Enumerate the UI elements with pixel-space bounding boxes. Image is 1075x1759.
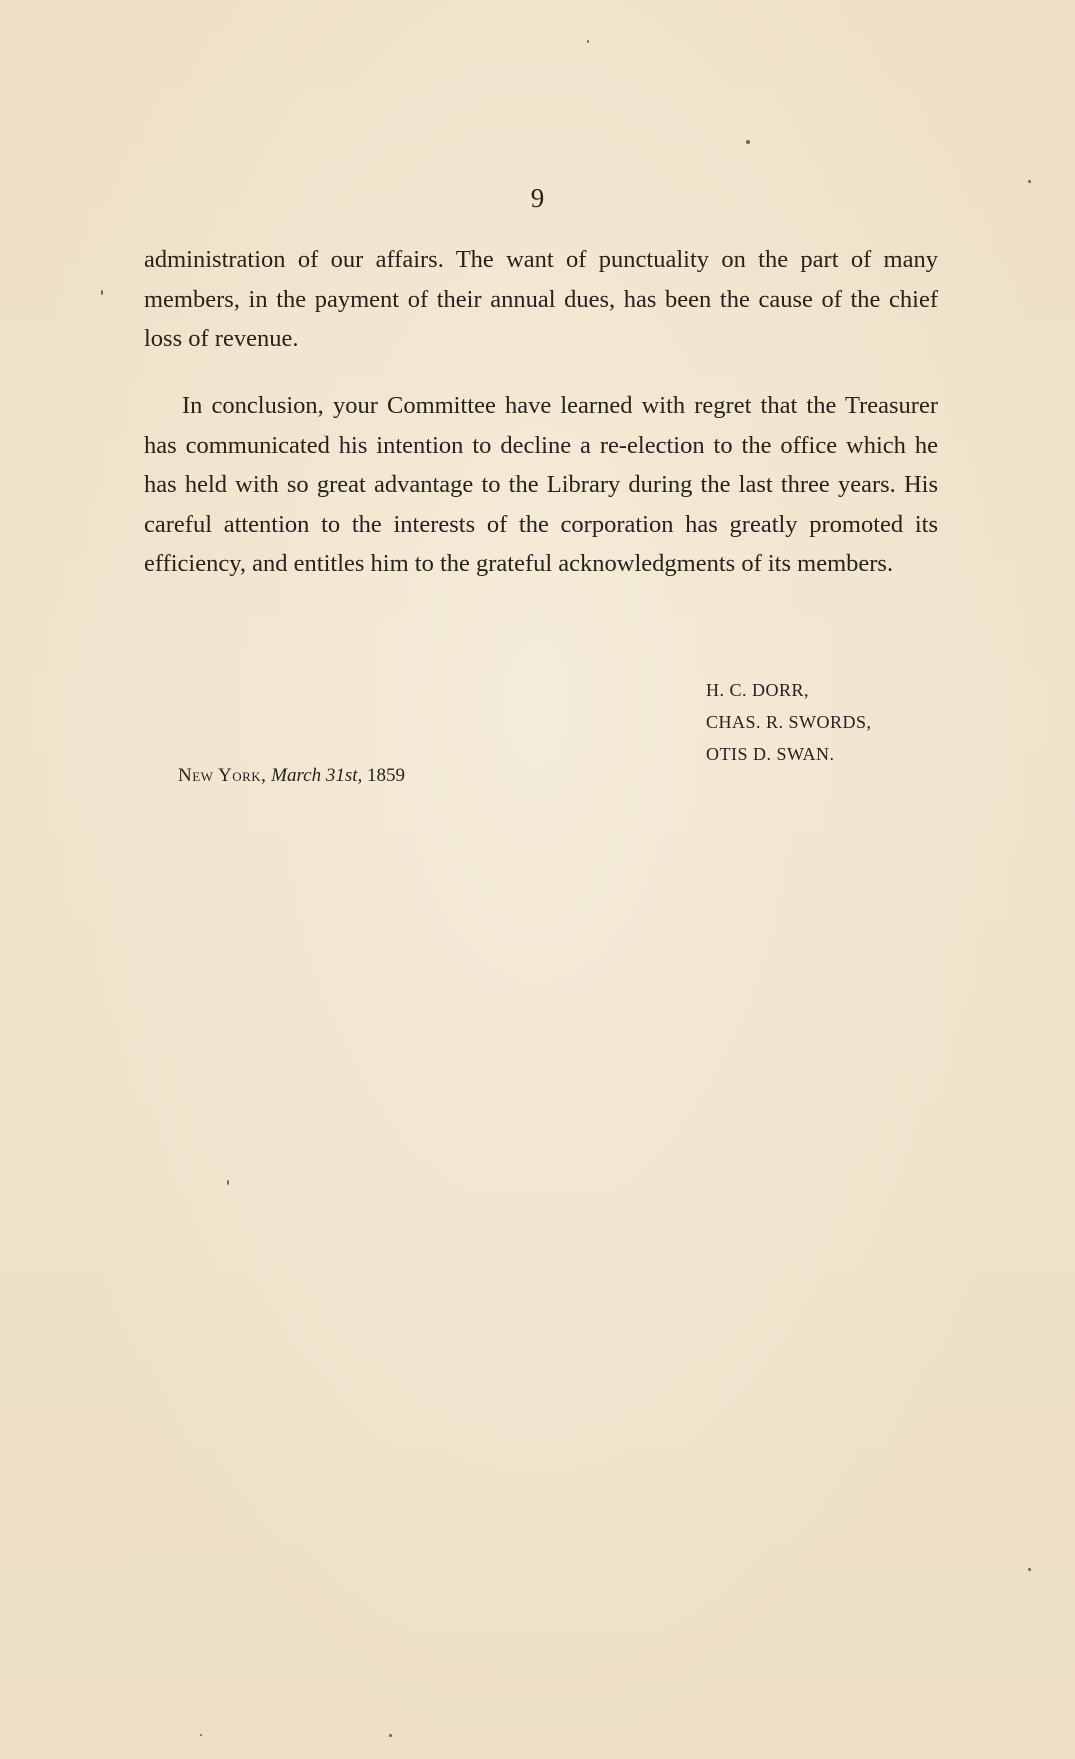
paper-speck xyxy=(389,1734,392,1737)
dateline-place: New York, xyxy=(178,765,266,786)
dateline-year: 1859 xyxy=(367,765,405,786)
paragraph-administration: administration of our affairs. The want … xyxy=(144,240,938,359)
paper-speck xyxy=(101,290,103,295)
paper-speck xyxy=(746,140,750,144)
paragraph-conclusion: In conclusion, your Committee have learn… xyxy=(144,386,938,584)
signature-swords: CHAS. R. SWORDS, xyxy=(706,706,872,738)
dateline-month-day: March 31st, xyxy=(271,765,362,786)
paper-speck xyxy=(200,1734,202,1736)
paper-speck xyxy=(227,1180,229,1185)
signature-swan: OTIS D. SWAN. xyxy=(706,738,872,770)
paper-speck xyxy=(1028,180,1031,183)
paper-speck xyxy=(1028,1568,1031,1571)
page-number: 9 xyxy=(0,183,1075,214)
signature-block: H. C. DORR, CHAS. R. SWORDS, OTIS D. SWA… xyxy=(706,674,872,770)
dateline: New York, March 31st, 1859 xyxy=(178,765,405,787)
signature-dorr: H. C. DORR, xyxy=(706,674,872,706)
paper-speck xyxy=(587,40,589,43)
